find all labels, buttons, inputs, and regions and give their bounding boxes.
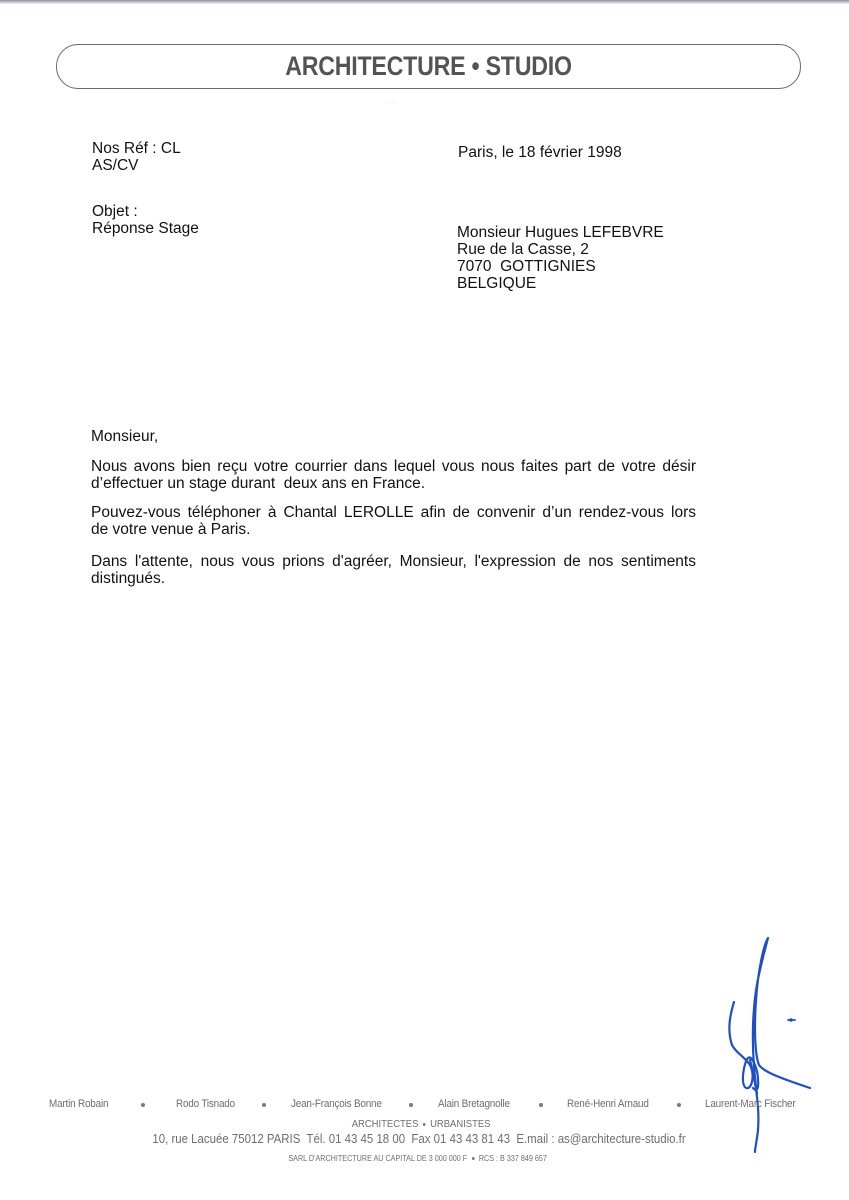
scan-edge (0, 0, 849, 4)
bullet-separator (677, 1103, 681, 1107)
paragraph-line: distingués. (91, 570, 696, 587)
partner-name: Jean-François Bonne (291, 1098, 382, 1110)
bullet-separator (539, 1103, 543, 1107)
recipient-address: Monsieur Hugues LEFEBVRE Rue de la Casse… (457, 224, 664, 292)
subject-label: Objet : (92, 203, 199, 220)
address-text: 10, rue Lacuée 75012 PARIS Tél. 01 43 45… (153, 1131, 686, 1146)
body-paragraph: Dans l'attente, nous vous prions d'agrée… (91, 553, 696, 587)
letterhead-banner: ARCHITECTURE • STUDIO (56, 44, 801, 89)
bullet-separator (423, 1123, 426, 1126)
paragraph-line: Pouvez-vous téléphoner à Chantal LEROLLE… (91, 504, 696, 521)
partner-name: René-Henri Arnaud (567, 1098, 649, 1110)
paragraph-line: d’effectuer un stage durant deux ans en … (91, 475, 696, 492)
bullet-separator (471, 1157, 474, 1160)
subject-value: Réponse Stage (92, 220, 199, 237)
bullet-separator (262, 1103, 266, 1107)
paragraph-line: Nous avons bien reçu votre courrier dans… (91, 458, 696, 475)
partner-name: Laurent-Marc Fischer (705, 1098, 795, 1110)
letter-date: Paris, le 18 février 1998 (458, 144, 622, 161)
scan-specks: · · (386, 100, 395, 106)
recipient-city: 7070 GOTTIGNIES (457, 258, 664, 275)
company-address: 10, rue Lacuée 75012 PARIS Tél. 01 43 45… (0, 1131, 844, 1146)
profession-urbanistes: URBANISTES (430, 1118, 490, 1130)
body-paragraph: Nous avons bien reçu votre courrier dans… (91, 458, 696, 492)
paragraph-line: Dans l'attente, nous vous prions d'agrée… (91, 553, 696, 570)
recipient-name: Monsieur Hugues LEFEBVRE (457, 224, 664, 241)
professions-line: ARCHITECTESURBANISTES (0, 1118, 849, 1130)
recipient-country: BELGIQUE (457, 275, 664, 292)
partner-name: Alain Bretagnolle (438, 1098, 510, 1110)
profession-architectes: ARCHITECTES (352, 1118, 419, 1130)
company-name: ARCHITECTURE • STUDIO (109, 51, 748, 82)
reference-block: Nos Réf : CL AS/CV (92, 140, 181, 174)
bullet-separator (141, 1103, 145, 1107)
reference-line: Nos Réf : CL (92, 140, 181, 157)
paragraph-line: de votre venue à Paris. (91, 521, 696, 538)
subject-block: Objet : Réponse Stage (92, 203, 199, 237)
body-paragraph: Pouvez-vous téléphoner à Chantal LEROLLE… (91, 504, 696, 538)
recipient-street: Rue de la Casse, 2 (457, 241, 664, 258)
partner-name: Rodo Tisnado (176, 1098, 235, 1110)
bullet-separator (409, 1103, 413, 1107)
legal-capital: SARL D'ARCHITECTURE AU CAPITAL DE 3 000 … (288, 1154, 467, 1163)
reference-initials: AS/CV (92, 157, 181, 174)
legal-rcs: RCS : B 337 849 657 (479, 1154, 547, 1163)
salutation: Monsieur, (91, 428, 158, 445)
partner-name: Martin Robain (49, 1098, 108, 1110)
legal-line: SARL D'ARCHITECTURE AU CAPITAL DE 3 000 … (0, 1154, 842, 1163)
